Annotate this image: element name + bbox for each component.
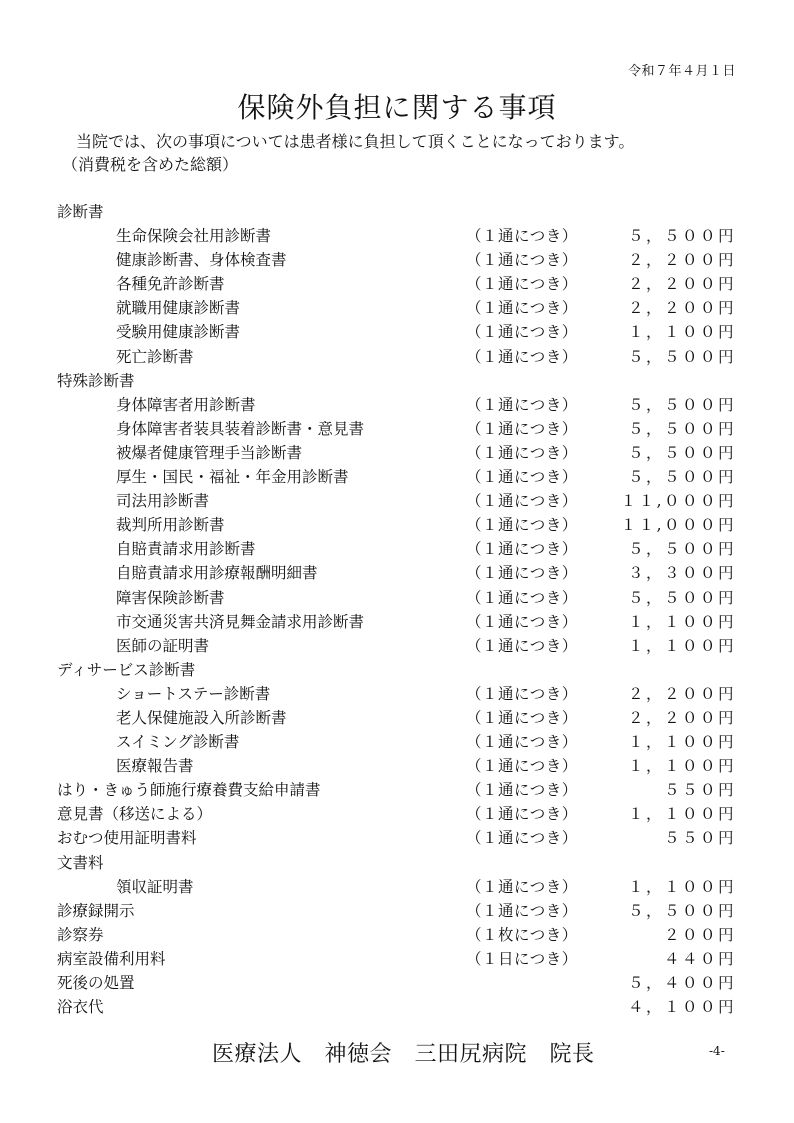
- fee-price: ２，２００円: [628, 248, 736, 272]
- fee-unit: （１通につき）: [466, 441, 578, 465]
- fee-price: １，１００円: [628, 754, 736, 778]
- fee-row: おむつ使用証明書料（１通につき）５５０円: [0, 826, 794, 850]
- fee-unit: （１通につき）: [466, 561, 578, 585]
- fee-label: 厚生・国民・福祉・年金用診断書: [116, 465, 349, 489]
- fee-label: 死亡診断書: [116, 345, 194, 369]
- fee-row: 意見書（移送による）（１通につき）１，１００円: [0, 802, 794, 826]
- fee-price: ２，２００円: [628, 272, 736, 296]
- fee-row: 厚生・国民・福祉・年金用診断書（１通につき）５，５００円: [0, 465, 794, 489]
- fee-label: スイミング診断書: [116, 730, 239, 754]
- fee-unit: （１通につき）: [466, 730, 578, 754]
- fee-unit: （１通につき）: [466, 778, 578, 802]
- fee-label: 自賠責請求用診断書: [116, 537, 256, 561]
- fee-price: ５，５００円: [628, 899, 736, 923]
- fee-unit: （１通につき）: [466, 634, 578, 658]
- fee-unit: （１通につき）: [466, 802, 578, 826]
- fee-label: 市交通災害共済見舞金請求用診断書: [116, 610, 364, 634]
- fee-row: 市交通災害共済見舞金請求用診断書（１通につき）１，１００円: [0, 610, 794, 634]
- fee-label: 診療録開示: [57, 899, 135, 923]
- fee-row: 自賠責請求用診断書（１通につき）５，５００円: [0, 537, 794, 561]
- fee-label: 意見書（移送による）: [57, 802, 212, 826]
- fee-label: 司法用診断書: [116, 489, 209, 513]
- fee-label: 身体障害者装具装着診断書・意見書: [116, 417, 364, 441]
- fee-row: 就職用健康診断書（１通につき）２，２００円: [0, 296, 794, 320]
- fee-price: ２，２００円: [628, 706, 736, 730]
- fee-price: ５５０円: [664, 778, 736, 802]
- fee-row: 受験用健康診断書（１通につき）１，１００円: [0, 320, 794, 344]
- fee-label: 障害保険診断書: [116, 586, 225, 610]
- fee-label: ショートステー診断書: [116, 682, 270, 706]
- section-heading: 文書料: [0, 851, 794, 875]
- page-number: -4-: [709, 1044, 725, 1058]
- fee-unit: （１通につき）: [466, 224, 578, 248]
- fee-unit: （１通につき）: [466, 489, 578, 513]
- fee-price: １，１００円: [628, 634, 736, 658]
- fee-row: 各種免許診断書（１通につき）２，２００円: [0, 272, 794, 296]
- fee-price: ２，２００円: [628, 296, 736, 320]
- fee-price: ５５０円: [664, 826, 736, 850]
- fee-price: １，１００円: [628, 610, 736, 634]
- fee-label: 老人保健施設入所診断書: [116, 706, 287, 730]
- fee-label: はり・きゅう師施行療養費支給申請書: [57, 778, 321, 802]
- section-heading: ディサービス診断書: [0, 658, 794, 682]
- fee-price: １，１００円: [628, 802, 736, 826]
- fee-label: ディサービス診断書: [57, 658, 195, 682]
- fee-unit: （１通につき）: [466, 537, 578, 561]
- fee-unit: （１日につき）: [466, 947, 578, 971]
- fee-price: ５，５００円: [628, 224, 736, 248]
- fee-unit: （１通につき）: [466, 899, 578, 923]
- fee-label: 受験用健康診断書: [116, 320, 240, 344]
- fee-label: 各種免許診断書: [116, 272, 225, 296]
- fee-label: 特殊診断書: [57, 369, 135, 393]
- fee-label: 病室設備利用料: [57, 947, 166, 971]
- fee-row: 生命保険会社用診断書（１通につき）５，５００円: [0, 224, 794, 248]
- issuer-signature: 医療法人 神徳会 三田尻病院 院長: [212, 1037, 595, 1068]
- fee-unit: （１通につき）: [466, 586, 578, 610]
- fee-row: 司法用診断書（１通につき）１１,０００円: [0, 489, 794, 513]
- fee-label: 生命保険会社用診断書: [116, 224, 271, 248]
- fee-unit: （１通につき）: [466, 682, 578, 706]
- intro-line-2: （消費税を含めた総額）: [62, 153, 752, 176]
- fee-row: 身体障害者装具装着診断書・意見書（１通につき）５，５００円: [0, 417, 794, 441]
- intro-text: 当院では、次の事項については患者様に負担して頂くことになっております。 （消費税…: [62, 130, 752, 176]
- fee-label: 被爆者健康管理手当診断書: [116, 441, 302, 465]
- fee-row: 医療報告書（１通につき）１，１００円: [0, 754, 794, 778]
- fee-row: 障害保険診断書（１通につき）５，５００円: [0, 586, 794, 610]
- fee-price: １１,０００円: [621, 513, 736, 537]
- section-heading: 特殊診断書: [0, 369, 794, 393]
- fee-price: １１,０００円: [621, 489, 736, 513]
- fee-label: 診断書: [57, 200, 104, 224]
- page-title: 保険外負担に関する事項: [0, 86, 794, 126]
- fee-unit: （１通につき）: [466, 296, 578, 320]
- fee-row: 医師の証明書（１通につき）１，１００円: [0, 634, 794, 658]
- fee-price: ４，１００円: [628, 995, 736, 1019]
- fee-unit: （１通につき）: [466, 706, 578, 730]
- fee-price: １，１００円: [628, 320, 736, 344]
- fee-label: 医療報告書: [116, 754, 194, 778]
- fee-unit: （１通につき）: [466, 320, 578, 344]
- fee-unit: （１通につき）: [466, 345, 578, 369]
- fee-row: はり・きゅう師施行療養費支給申請書（１通につき）５５０円: [0, 778, 794, 802]
- fee-price: ５，５００円: [628, 586, 736, 610]
- fee-price: ４４０円: [664, 947, 736, 971]
- fee-unit: （１通につき）: [466, 754, 578, 778]
- fee-row: 領収証明書（１通につき）１，１００円: [0, 875, 794, 899]
- fee-label: 診察券: [57, 923, 104, 947]
- fee-row: スイミング診断書（１通につき）１，１００円: [0, 730, 794, 754]
- fee-price: ５，５００円: [628, 465, 736, 489]
- fee-row: 自賠責請求用診療報酬明細書（１通につき）３，３００円: [0, 561, 794, 585]
- section-heading: 診断書: [0, 200, 794, 224]
- fee-label: 医師の証明書: [116, 634, 209, 658]
- intro-line-1: 当院では、次の事項については患者様に負担して頂くことになっております。: [62, 130, 752, 153]
- fee-price: ２，２００円: [628, 682, 736, 706]
- fee-unit: （１通につき）: [466, 417, 578, 441]
- fee-list: 診断書生命保険会社用診断書（１通につき）５，５００円健康診断書、身体検査書（１通…: [0, 200, 794, 1019]
- fee-unit: （１通につき）: [466, 465, 578, 489]
- fee-unit: （１通につき）: [466, 513, 578, 537]
- fee-label: 就職用健康診断書: [116, 296, 240, 320]
- fee-price: ５，５００円: [628, 537, 736, 561]
- fee-row: 死後の処置５，４００円: [0, 971, 794, 995]
- fee-row: 老人保健施設入所診断書（１通につき）２，２００円: [0, 706, 794, 730]
- fee-row: 裁判所用診断書（１通につき）１１,０００円: [0, 513, 794, 537]
- fee-row: 診察券（１枚につき）２００円: [0, 923, 794, 947]
- fee-label: 身体障害者用診断書: [116, 393, 256, 417]
- fee-price: ５，４００円: [628, 971, 736, 995]
- fee-price: １，１００円: [628, 730, 736, 754]
- fee-unit: （１通につき）: [466, 272, 578, 296]
- fee-row: 診療録開示（１通につき）５，５００円: [0, 899, 794, 923]
- fee-label: 健康診断書、身体検査書: [116, 248, 287, 272]
- fee-row: 身体障害者用診断書（１通につき）５，５００円: [0, 393, 794, 417]
- fee-row: 病室設備利用料（１日につき）４４０円: [0, 947, 794, 971]
- fee-price: ５，５００円: [628, 417, 736, 441]
- fee-price: １，１００円: [628, 875, 736, 899]
- fee-price: ５，５００円: [628, 441, 736, 465]
- fee-unit: （１通につき）: [466, 248, 578, 272]
- fee-unit: （１通につき）: [466, 393, 578, 417]
- fee-price: ２００円: [664, 923, 736, 947]
- fee-unit: （１通につき）: [466, 826, 578, 850]
- issue-date: 令和７年４月１日: [628, 60, 736, 79]
- fee-unit: （１枚につき）: [466, 923, 578, 947]
- fee-row: ショートステー診断書（１通につき）２，２００円: [0, 682, 794, 706]
- fee-label: 浴衣代: [57, 995, 104, 1019]
- fee-label: おむつ使用証明書料: [57, 826, 197, 850]
- fee-label: 領収証明書: [116, 875, 194, 899]
- fee-price: ５，５００円: [628, 393, 736, 417]
- fee-row: 死亡診断書（１通につき）５，５００円: [0, 345, 794, 369]
- fee-label: 文書料: [57, 851, 104, 875]
- fee-price: ５，５００円: [628, 345, 736, 369]
- fee-unit: （１通につき）: [466, 610, 578, 634]
- fee-label: 自賠責請求用診療報酬明細書: [116, 561, 318, 585]
- fee-label: 裁判所用診断書: [116, 513, 225, 537]
- fee-unit: （１通につき）: [466, 875, 578, 899]
- fee-row: 被爆者健康管理手当診断書（１通につき）５，５００円: [0, 441, 794, 465]
- fee-row: 健康診断書、身体検査書（１通につき）２，２００円: [0, 248, 794, 272]
- fee-price: ３，３００円: [628, 561, 736, 585]
- fee-row: 浴衣代４，１００円: [0, 995, 794, 1019]
- fee-label: 死後の処置: [57, 971, 135, 995]
